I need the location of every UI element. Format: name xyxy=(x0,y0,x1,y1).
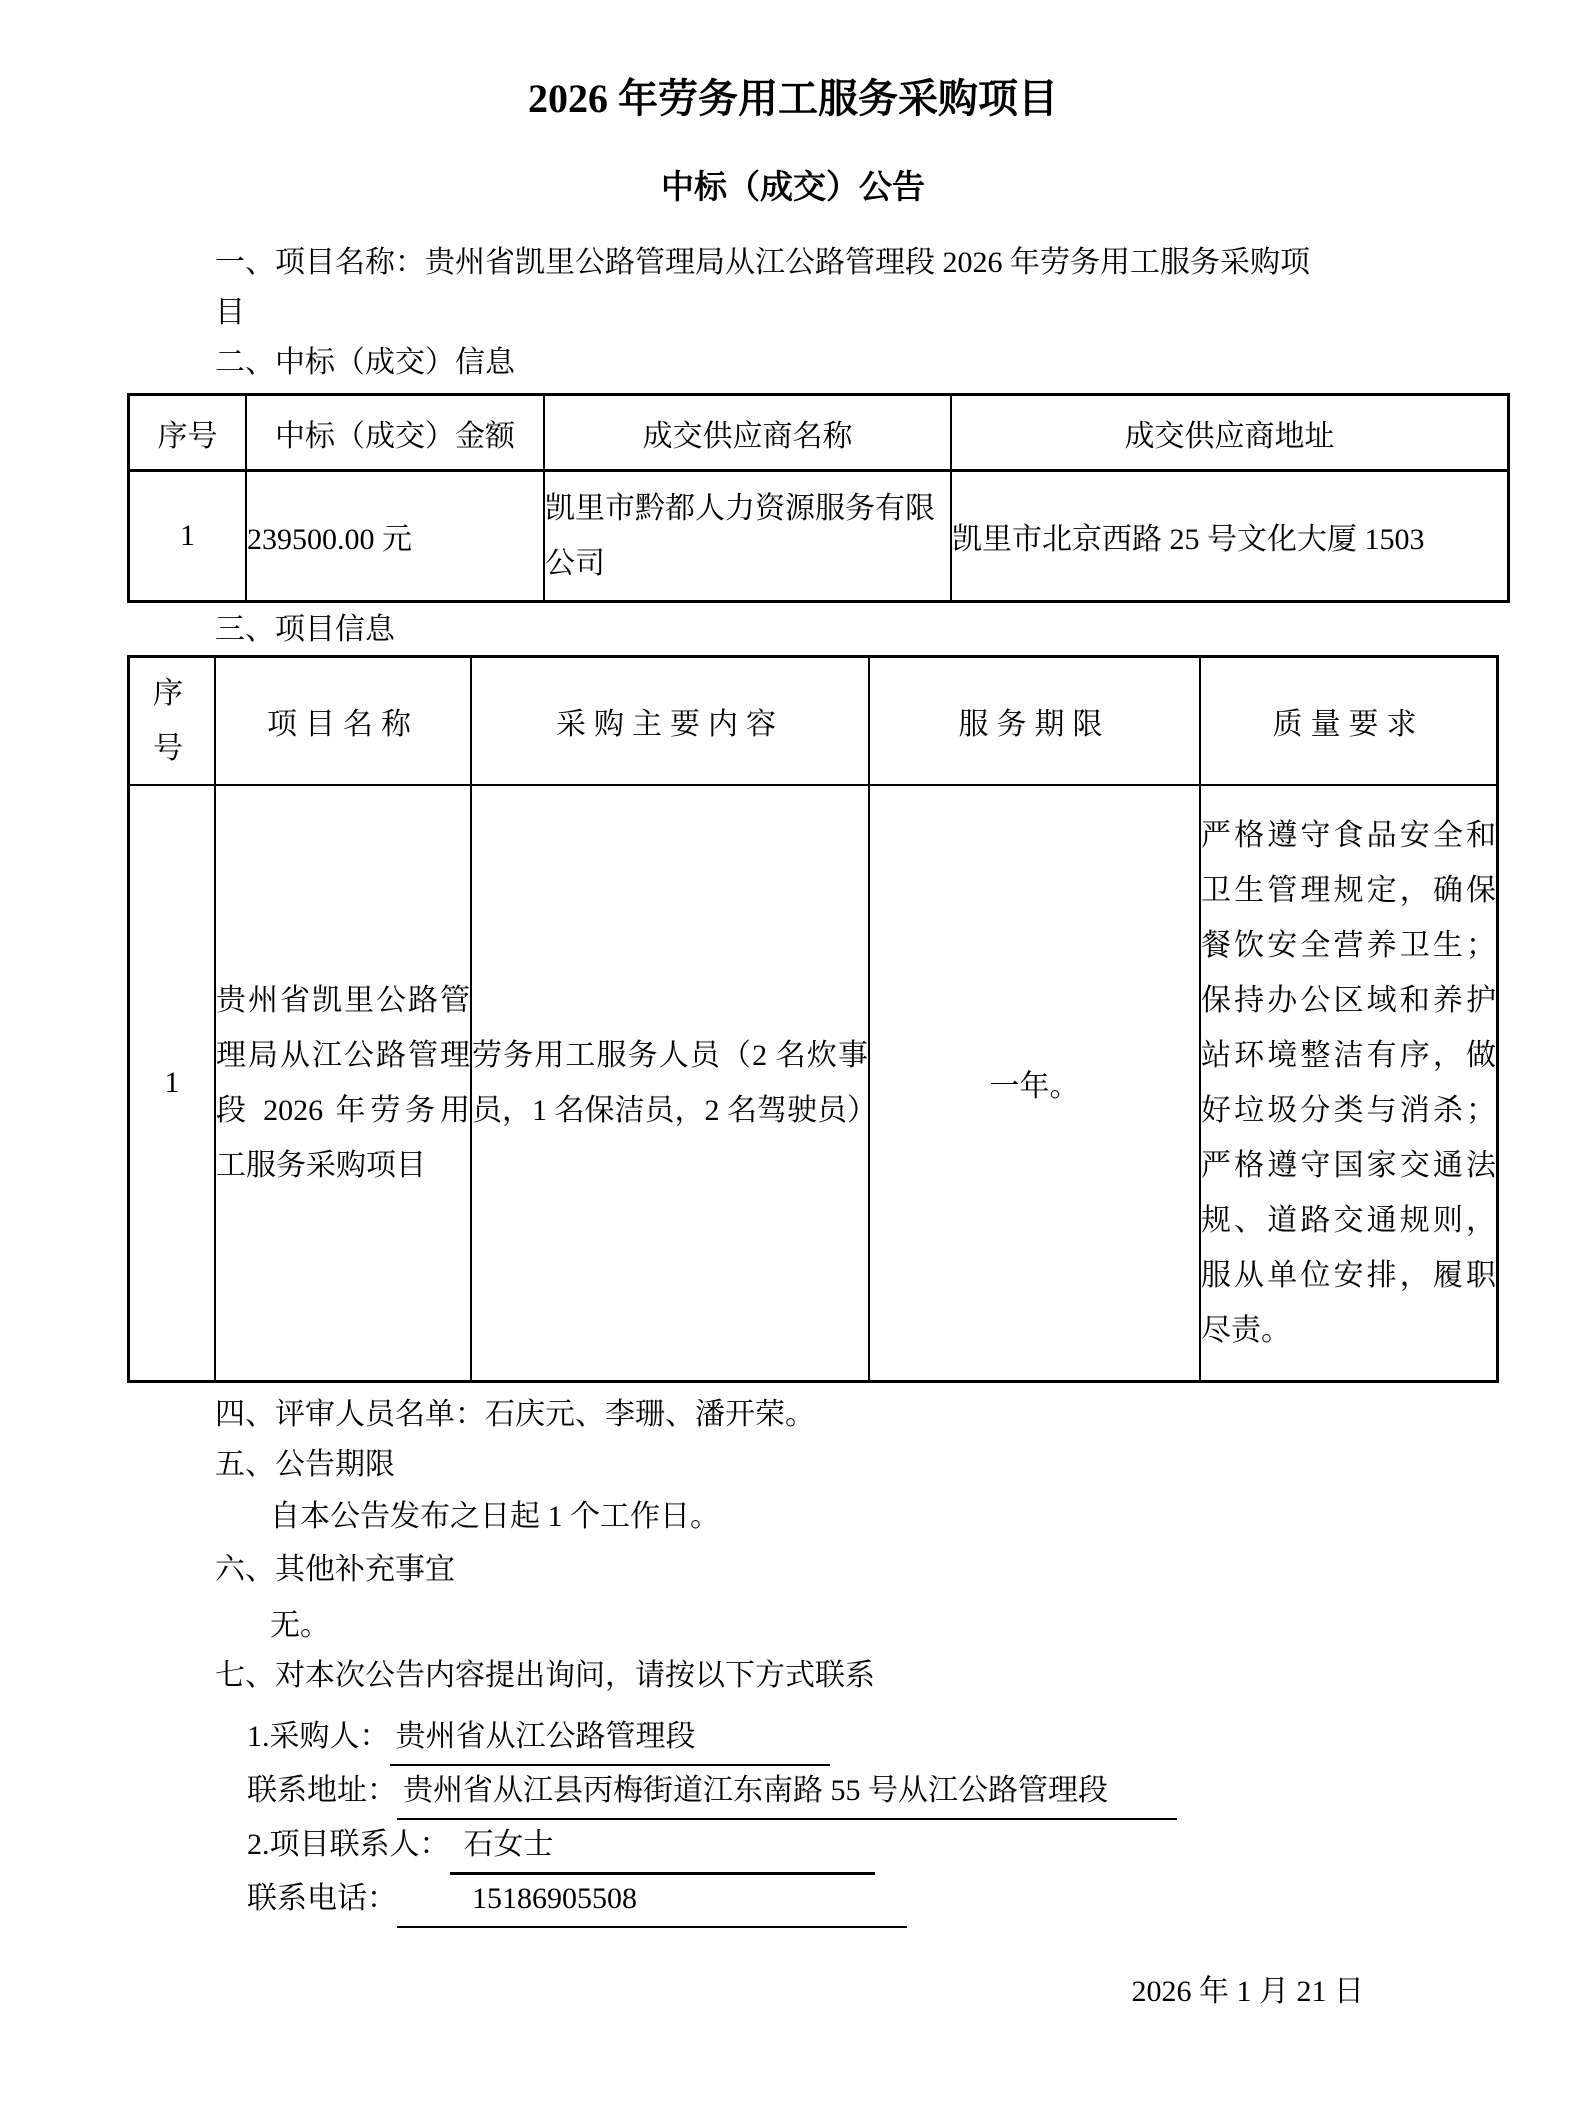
award-cell-amount: 239500.00 元 xyxy=(246,471,544,602)
project-cell-content: 劳务用工服务人员（2 名炊事员，1 名保洁员，2 名驾驶员） xyxy=(471,785,869,1382)
purchaser-label: 1.采购人： xyxy=(247,1720,390,1753)
award-cell-seq: 1 xyxy=(129,471,247,602)
award-header-seq: 序号 xyxy=(129,395,247,471)
project-table-header-row: 序 号 项目名称 采购主要内容 服务期限 质量要求 xyxy=(129,657,1498,785)
section-other-body: 无。 xyxy=(270,1601,1499,1651)
project-header-seq: 序 号 xyxy=(129,657,216,785)
contact-address-label: 联系地址： xyxy=(247,1774,397,1807)
section-award-info-heading: 二、中标（成交）信息 xyxy=(215,338,1499,388)
contact-person-value: 石女士 xyxy=(450,1818,875,1875)
section-project-info-heading: 三、项目信息 xyxy=(215,605,1499,655)
section-period-heading: 五、公告期限 xyxy=(215,1440,1499,1490)
announcement-document: 2026 年劳务用工服务采购项目 中标（成交）公告 一、项目名称：贵州省凯里公路… xyxy=(0,0,1587,2109)
project-header-content: 采购主要内容 xyxy=(471,657,869,785)
contact-phone-label: 联系电话： xyxy=(247,1882,397,1915)
purchaser-value: 贵州省从江公路管理段 xyxy=(390,1710,830,1766)
project-header-period: 服务期限 xyxy=(869,657,1200,785)
project-table-row: 1 贵州省凯里公路管理局从江公路管理段 2026 年劳务用工服务采购项目 劳务用… xyxy=(129,785,1498,1382)
contact-row-person: 2.项目联系人：石女士 xyxy=(247,1818,1499,1872)
project-cell-name: 贵州省凯里公路管理局从江公路管理段 2026 年劳务用工服务采购项目 xyxy=(215,785,471,1382)
project-cell-quality: 严格遵守食品安全和卫生管理规定，确保餐饮安全营养卫生；保持办公区域和养护站环境整… xyxy=(1200,785,1498,1382)
project-cell-seq: 1 xyxy=(129,785,216,1382)
contact-row-phone: 联系电话：15186905508 xyxy=(247,1872,1499,1926)
award-table-row: 1 239500.00 元 凯里市黔都人力资源服务有限公司 凯里市北京西路 25… xyxy=(129,471,1509,602)
document-title: 2026 年劳务用工服务采购项目 xyxy=(87,75,1499,123)
award-header-supplier: 成交供应商名称 xyxy=(544,395,951,471)
section-period-body: 自本公告发布之日起 1 个工作日。 xyxy=(270,1492,1499,1542)
contact-address-value: 贵州省从江县丙梅街道江东南路 55 号从江公路管理段 xyxy=(397,1764,1177,1820)
award-info-table: 序号 中标（成交）金额 成交供应商名称 成交供应商地址 1 239500.00 … xyxy=(127,393,1510,603)
award-header-address: 成交供应商地址 xyxy=(951,395,1509,471)
project-info-table: 序 号 项目名称 采购主要内容 服务期限 质量要求 1 贵州省凯里公路管理局从江… xyxy=(127,655,1499,1383)
document-date: 2026 年 1 月 21 日 xyxy=(127,1967,1499,2017)
project-cell-period: 一年。 xyxy=(869,785,1200,1382)
award-cell-supplier: 凯里市黔都人力资源服务有限公司 xyxy=(544,471,951,602)
award-header-amount: 中标（成交）金额 xyxy=(246,395,544,471)
award-cell-address: 凯里市北京西路 25 号文化大厦 1503 xyxy=(951,471,1509,602)
contact-phone-value: 15186905508 xyxy=(397,1872,907,1928)
project-header-quality: 质量要求 xyxy=(1200,657,1498,785)
section-project-name: 一、项目名称：贵州省凯里公路管理局从江公路管理段 2026 年劳务用工服务采购项… xyxy=(215,238,1499,338)
document-subtitle: 中标（成交）公告 xyxy=(87,168,1499,208)
section-other-heading: 六、其他补充事宜 xyxy=(215,1545,1499,1595)
section-review-panel: 四、评审人员名单：石庆元、李珊、潘开荣。 xyxy=(215,1390,1499,1440)
award-table-header-row: 序号 中标（成交）金额 成交供应商名称 成交供应商地址 xyxy=(129,395,1509,471)
contact-row-address: 联系地址：贵州省从江县丙梅街道江东南路 55 号从江公路管理段 xyxy=(247,1764,1499,1818)
project-header-name: 项目名称 xyxy=(215,657,471,785)
contact-block: 1.采购人：贵州省从江公路管理段 联系地址：贵州省从江县丙梅街道江东南路 55 … xyxy=(127,1710,1499,1926)
contact-row-purchaser: 1.采购人：贵州省从江公路管理段 xyxy=(247,1710,1499,1764)
section-contact-heading: 七、对本次公告内容提出询问，请按以下方式联系 xyxy=(215,1651,1499,1701)
contact-person-label: 2.项目联系人： xyxy=(247,1828,450,1861)
